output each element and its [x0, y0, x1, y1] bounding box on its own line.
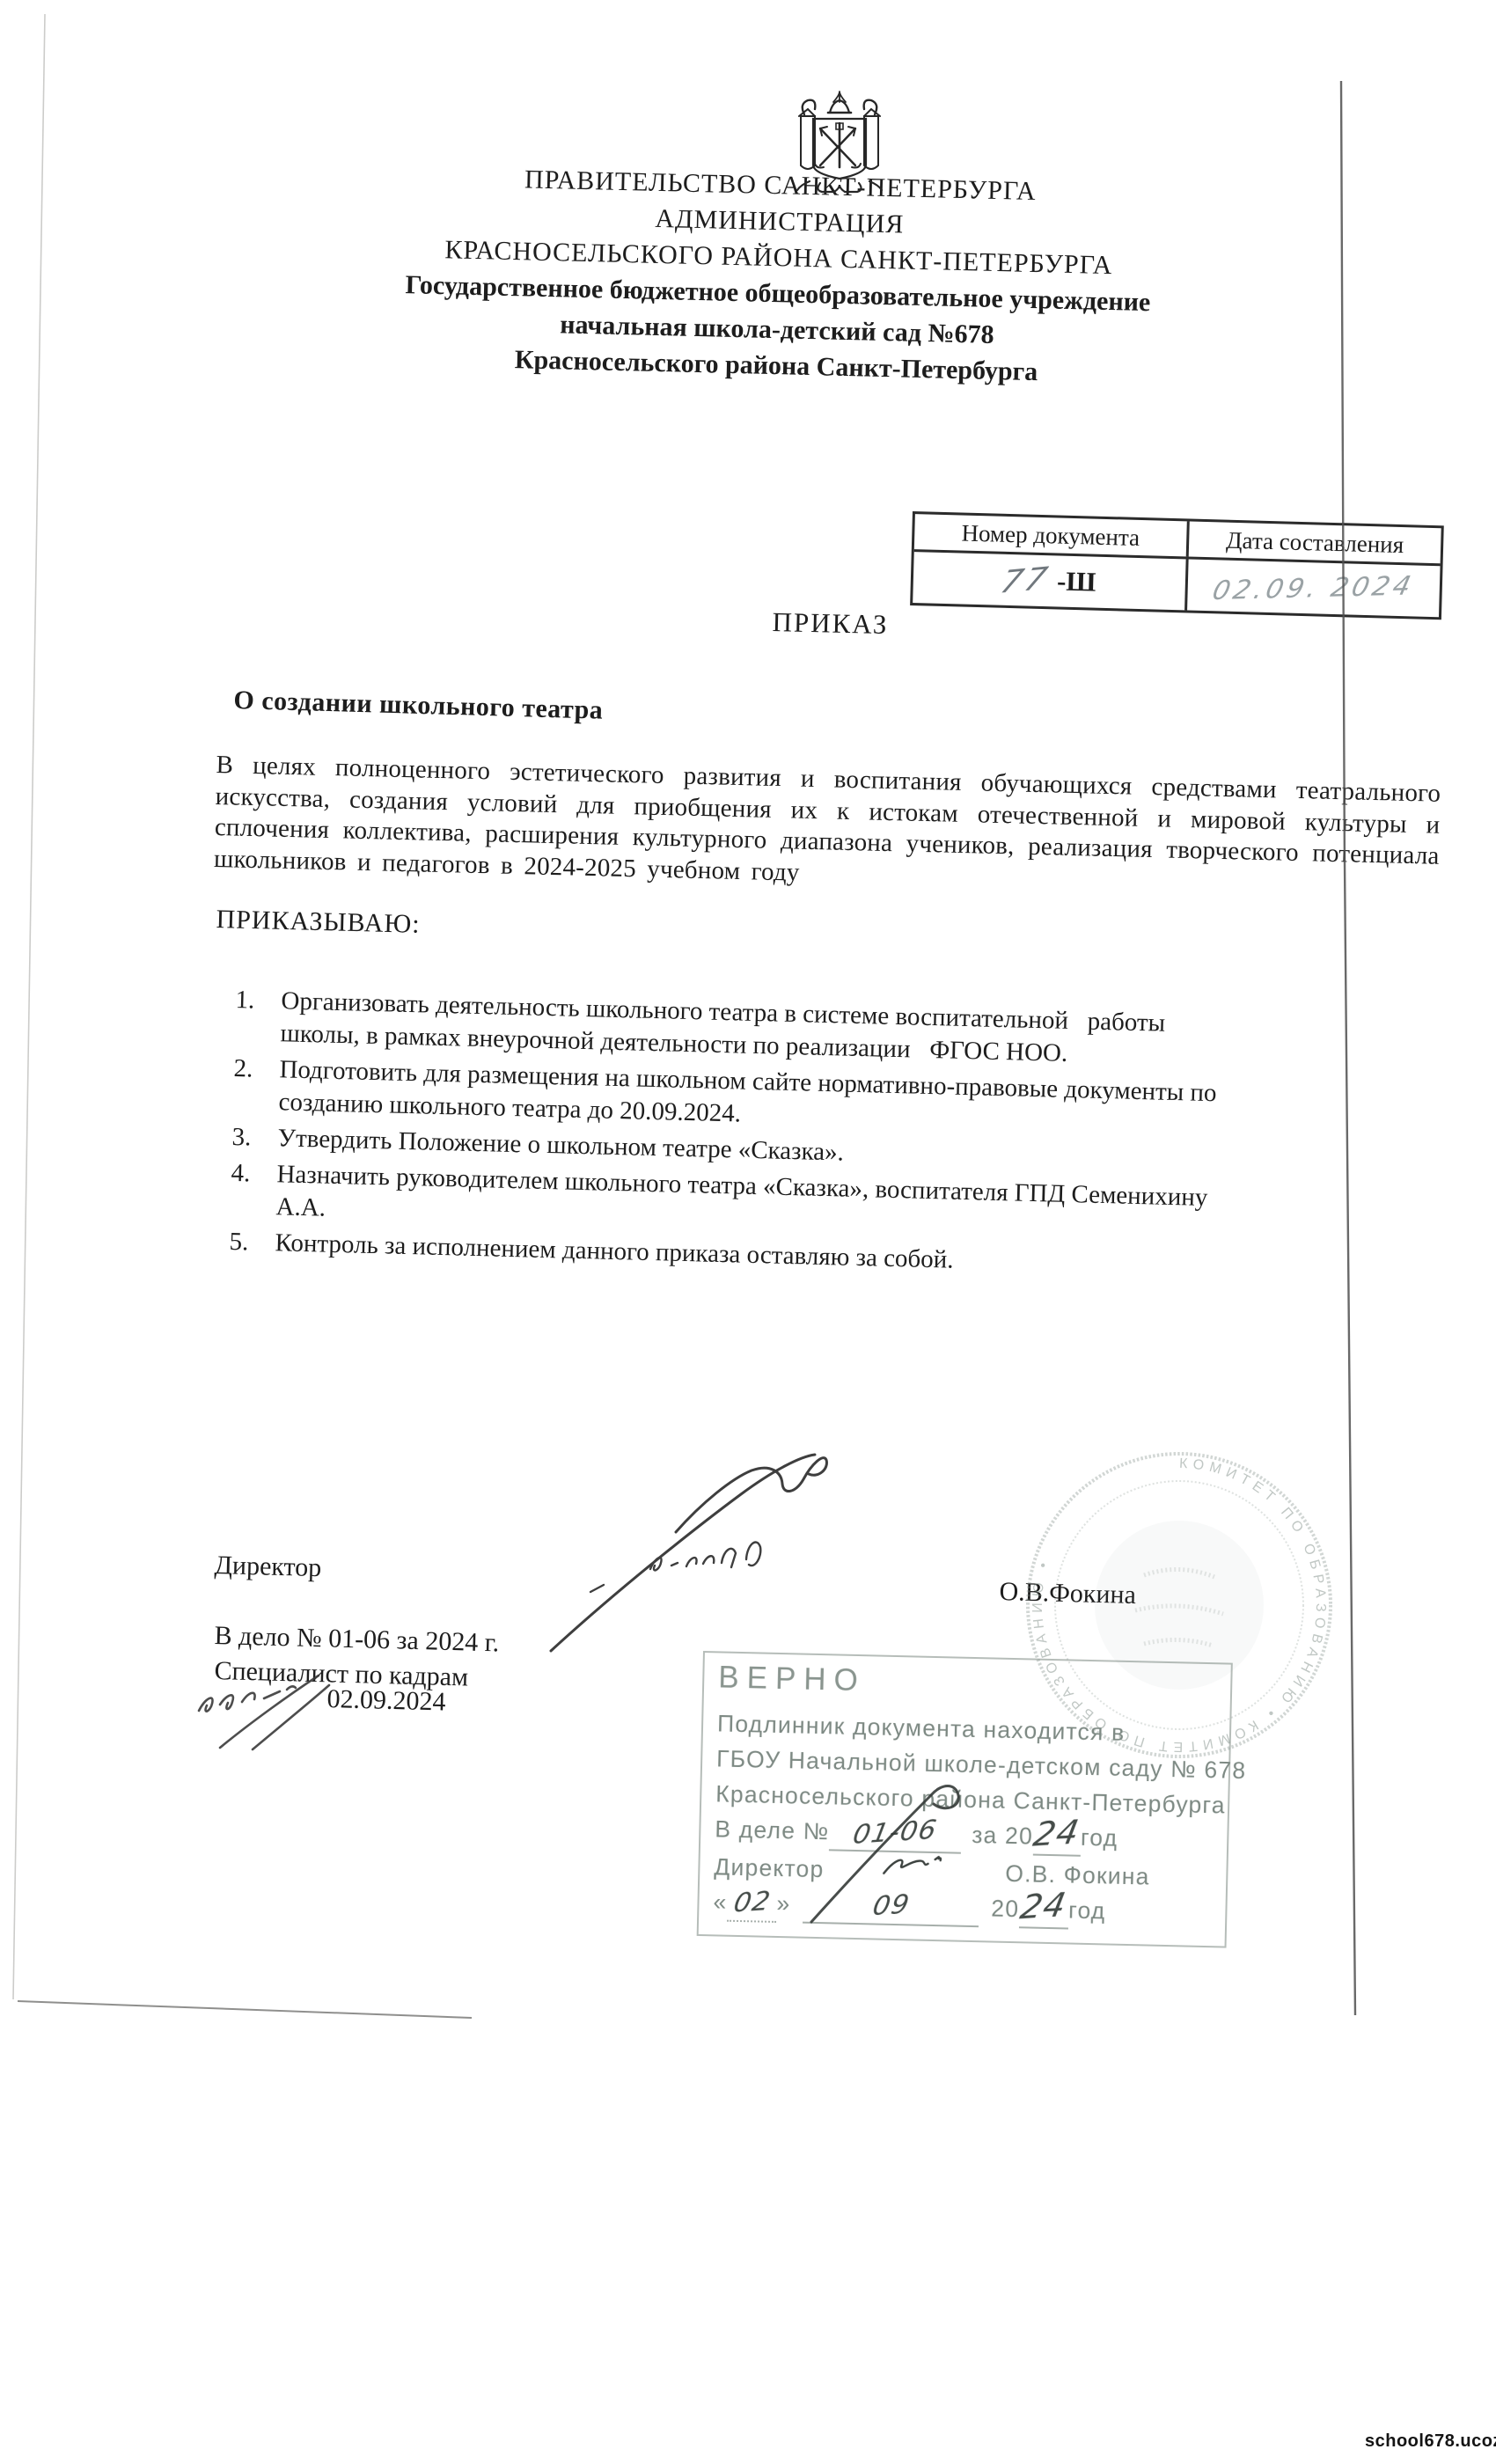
- document-number-cell: 77 -Ш: [913, 552, 1188, 610]
- item-number: 2.: [232, 1052, 280, 1118]
- document-date-cell: 02.09. 2024: [1187, 560, 1440, 618]
- order-items-list: 1. Организовать деятельность школьного т…: [229, 984, 1433, 1292]
- case-mid: за 20: [972, 1817, 1034, 1854]
- handwritten-month: 09: [871, 1896, 911, 1916]
- quote-open: «: [713, 1884, 728, 1919]
- item-number: 3.: [231, 1121, 278, 1155]
- resolve-word: ПРИКАЗЫВАЮ:: [216, 905, 421, 940]
- quote-close: »: [776, 1886, 791, 1921]
- handwritten-day: 02: [732, 1893, 772, 1912]
- document-number-table: Номер документа Дата составления 77 -Ш 0…: [910, 511, 1444, 620]
- hr-date: 02.09.2024: [326, 1684, 446, 1718]
- day-blank: 02: [727, 1885, 777, 1923]
- printed-number-suffix: -Ш: [1057, 565, 1096, 598]
- scanned-order-document: ПРАВИТЕЛЬСТВО САНКТ-ПЕТЕРБУРГА АДМИНИСТР…: [0, 0, 1496, 2464]
- handwritten-year: 24: [1020, 1896, 1068, 1916]
- handwritten-date: 02.09. 2024: [1210, 570, 1418, 605]
- handwritten-case-number: 01-06: [852, 1822, 939, 1844]
- stamp-director-label: Директор: [714, 1849, 825, 1887]
- site-watermark: school678.ucoz.net: [1365, 2431, 1496, 2452]
- saint-petersburg-coat-of-arms-icon: [790, 90, 889, 194]
- case-number-blank: 01-06: [829, 1814, 962, 1853]
- case-year-blank: 24: [1033, 1819, 1082, 1857]
- document-number-header: Номер документа: [914, 514, 1190, 556]
- handwritten-document-number: 77: [997, 561, 1054, 600]
- order-preamble: В целях полноценного эстетического разви…: [214, 750, 1441, 904]
- item-number: 4.: [230, 1157, 277, 1223]
- bottom-page-edge-line: [18, 2001, 472, 2018]
- director-name: О.В.Фокина: [999, 1577, 1136, 1610]
- year-blank: 24: [1019, 1891, 1069, 1929]
- case-prefix: В деле №: [715, 1811, 830, 1849]
- director-label: Директор: [214, 1551, 322, 1583]
- month-blank: 09: [803, 1887, 979, 1928]
- item-number: 1.: [234, 984, 282, 1050]
- certification-stamp: ВЕРНО Подлинник документа находится в ГБ…: [697, 1651, 1233, 1948]
- item-number: 5.: [229, 1226, 275, 1259]
- case-file-line: В дело № 01-06 за 2024 г.: [214, 1621, 500, 1658]
- handwritten-case-year: 24: [1032, 1823, 1081, 1844]
- letterhead: ПРАВИТЕЛЬСТВО САНКТ-ПЕТЕРБУРГА АДМИНИСТР…: [246, 155, 1310, 396]
- case-suffix: год: [1081, 1820, 1118, 1856]
- director-signature: [551, 1455, 826, 1651]
- year-prefix: 20: [991, 1891, 1020, 1927]
- order-title: ПРИКАЗ: [772, 606, 889, 641]
- verno-text: ВЕРНО: [718, 1660, 1217, 1706]
- document-date-header: Дата составления: [1189, 522, 1441, 564]
- stamp-director-signature: [831, 1851, 999, 1881]
- order-subject: О создании школьного театра: [233, 686, 604, 726]
- left-page-edge-line: [13, 14, 45, 1999]
- date-suffix: год: [1068, 1893, 1106, 1929]
